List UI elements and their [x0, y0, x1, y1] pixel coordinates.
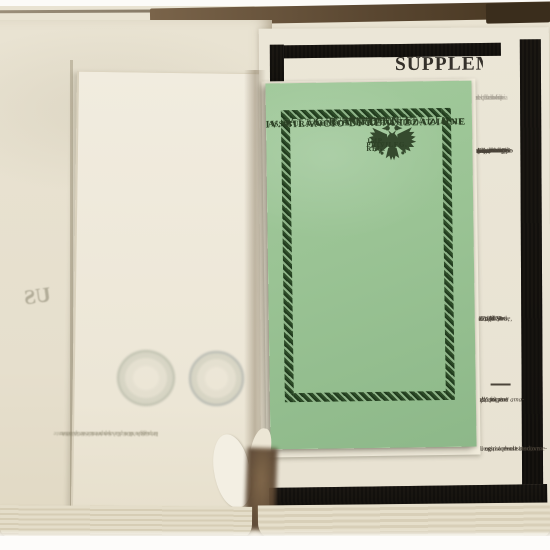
mourning-border-right: [520, 39, 543, 501]
pamphlet-title-page: IMP. REG.: [281, 108, 455, 402]
pamphlet-cover: IMP. REG.: [265, 81, 476, 450]
text-line: prestimorevole studio me-: [478, 444, 547, 454]
embossed-stamp: [117, 350, 175, 406]
top-binding-corner: [486, 2, 550, 23]
column-rule: [491, 383, 511, 385]
gutter-shadow: [244, 70, 266, 470]
pamphlet-year: nell' anno 1839: [343, 116, 390, 126]
inner-flyleaf: [71, 71, 273, 512]
embossed-stamp: [189, 351, 244, 406]
book-photo: US omaggio di sulle apparenze ampiamente…: [0, 0, 550, 550]
showthrough-text: US: [22, 282, 52, 310]
text-line: si presta e si ama-: [475, 395, 525, 404]
text-line: DI GRANDE CASA VI E SEGUITA: [61, 429, 158, 438]
photo-background: [0, 536, 550, 550]
imperial-right-label: PRIVILEG.: [366, 140, 407, 149]
